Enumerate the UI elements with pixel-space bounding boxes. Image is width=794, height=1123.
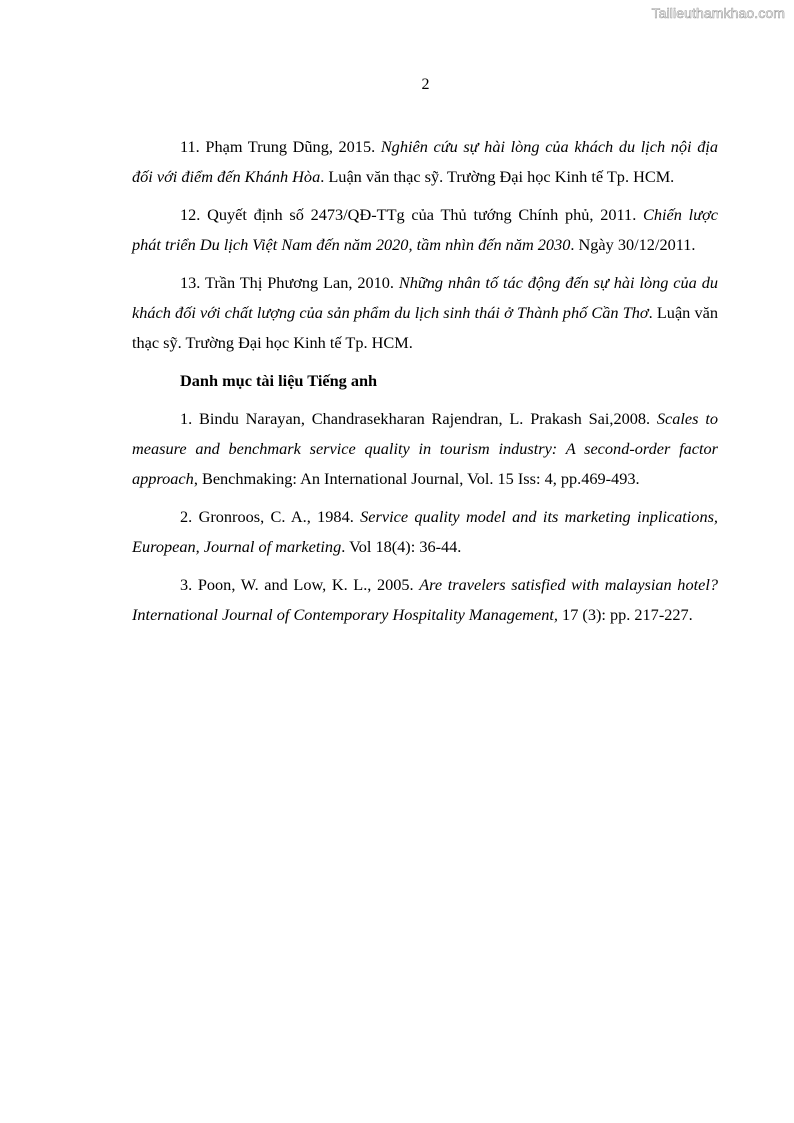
ref-number: 1. <box>180 409 192 428</box>
reference-item: 11. Phạm Trung Dũng, 2015. Nghiên cứu sự… <box>132 132 718 192</box>
ref-details: . Vol 18(4): 36-44. <box>341 537 461 556</box>
reference-item: 2. Gronroos, C. A., 1984. Service qualit… <box>132 502 718 562</box>
ref-authors: Bindu Narayan, Chandrasekharan Rajendran… <box>199 409 650 428</box>
page-number: 2 <box>0 76 794 94</box>
reference-list: 11. Phạm Trung Dũng, 2015. Nghiên cứu sự… <box>132 132 718 638</box>
ref-details: , Benchmaking: An International Journal,… <box>194 469 640 488</box>
ref-details: . Ngày 30/12/2011. <box>570 235 695 254</box>
watermark: Tailieuthamkhao.com <box>652 5 785 21</box>
ref-details: . Luận văn thạc sỹ. Trường Đại học Kinh … <box>320 167 674 186</box>
section-heading-english: Danh mục tài liệu Tiếng anh <box>132 366 718 396</box>
reference-item: 1. Bindu Narayan, Chandrasekharan Rajend… <box>132 404 718 494</box>
ref-details: 17 (3): pp. 217-227. <box>558 605 693 624</box>
ref-authors: Phạm Trung Dũng, 2015. <box>205 137 375 156</box>
ref-number: 3. <box>180 575 192 594</box>
reference-item: 13. Trần Thị Phương Lan, 2010. Những nhâ… <box>132 268 718 358</box>
ref-number: 12. <box>180 205 200 224</box>
ref-authors: Gronroos, C. A., 1984. <box>199 507 354 526</box>
reference-item: 3. Poon, W. and Low, K. L., 2005. Are tr… <box>132 570 718 630</box>
ref-authors: Poon, W. and Low, K. L., 2005. <box>198 575 414 594</box>
reference-item: 12. Quyết định số 2473/QĐ-TTg của Thủ tư… <box>132 200 718 260</box>
ref-authors: Trần Thị Phương Lan, 2010. <box>205 273 394 292</box>
ref-number: 13. <box>180 273 200 292</box>
ref-authors: Quyết định số 2473/QĐ-TTg của Thủ tướng … <box>207 205 636 224</box>
ref-number: 2. <box>180 507 192 526</box>
ref-number: 11. <box>180 137 200 156</box>
